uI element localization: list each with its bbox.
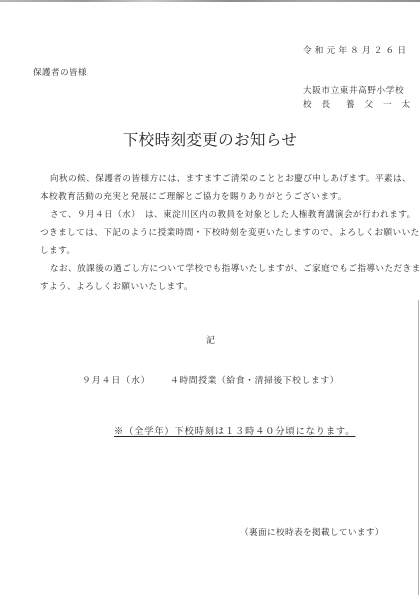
dismissal-time-note: ※（全学年）下校時刻は１３時４０分頃になります。 xyxy=(114,423,355,437)
addressee: 保護者の皆様 xyxy=(33,66,87,78)
ki-label: 記 xyxy=(206,333,215,346)
scan-edge-top xyxy=(0,0,420,2)
paragraph-3-line-2: すよう、よろしくお願いいたします。 xyxy=(40,278,396,296)
principal-name: 校 長 養 父 一 太 xyxy=(303,98,414,110)
document-date: 令和元年８月２６日 xyxy=(303,44,409,56)
paragraph-3-line-1: なお、放課後の過ごし方について学校でも指導いたしますが、ご家庭でもご指導いただき… xyxy=(40,260,396,278)
schedule-detail: ４時間授業（給食・清掃後下校します） xyxy=(170,373,339,386)
body-text: 向秋の候、保護者の皆様方には、ますますご清栄のこととお慶び申しあげます。平素は、… xyxy=(40,170,396,296)
paragraph-2-line-2: つきましては、下記のように授業時間・下校時刻を変更いたしますので、よろしくお願い… xyxy=(40,224,396,242)
footer-note: （裏面に校時表を掲載しています） xyxy=(240,526,384,538)
school-name: 大阪市立東井高野小学校 xyxy=(303,84,404,96)
document-title: 下校時刻変更のお知らせ xyxy=(0,128,420,150)
scan-edge-right xyxy=(418,300,419,595)
paragraph-1-line-1: 向秋の候、保護者の皆様方には、ますますご清栄のこととお慶び申しあげます。平素は、 xyxy=(40,170,396,188)
paragraph-2-line-3: します。 xyxy=(40,242,396,260)
paragraph-1-line-2: 本校教育活動の充実と発展にご理解とご協力を賜りありがとうございます。 xyxy=(40,188,396,206)
paragraph-2-line-1: さて、９月４日（水） は、東淀川区内の教員を対象とした人権教育講演会が行われます… xyxy=(40,206,396,224)
schedule-date: ９月４日（水） xyxy=(82,373,151,386)
